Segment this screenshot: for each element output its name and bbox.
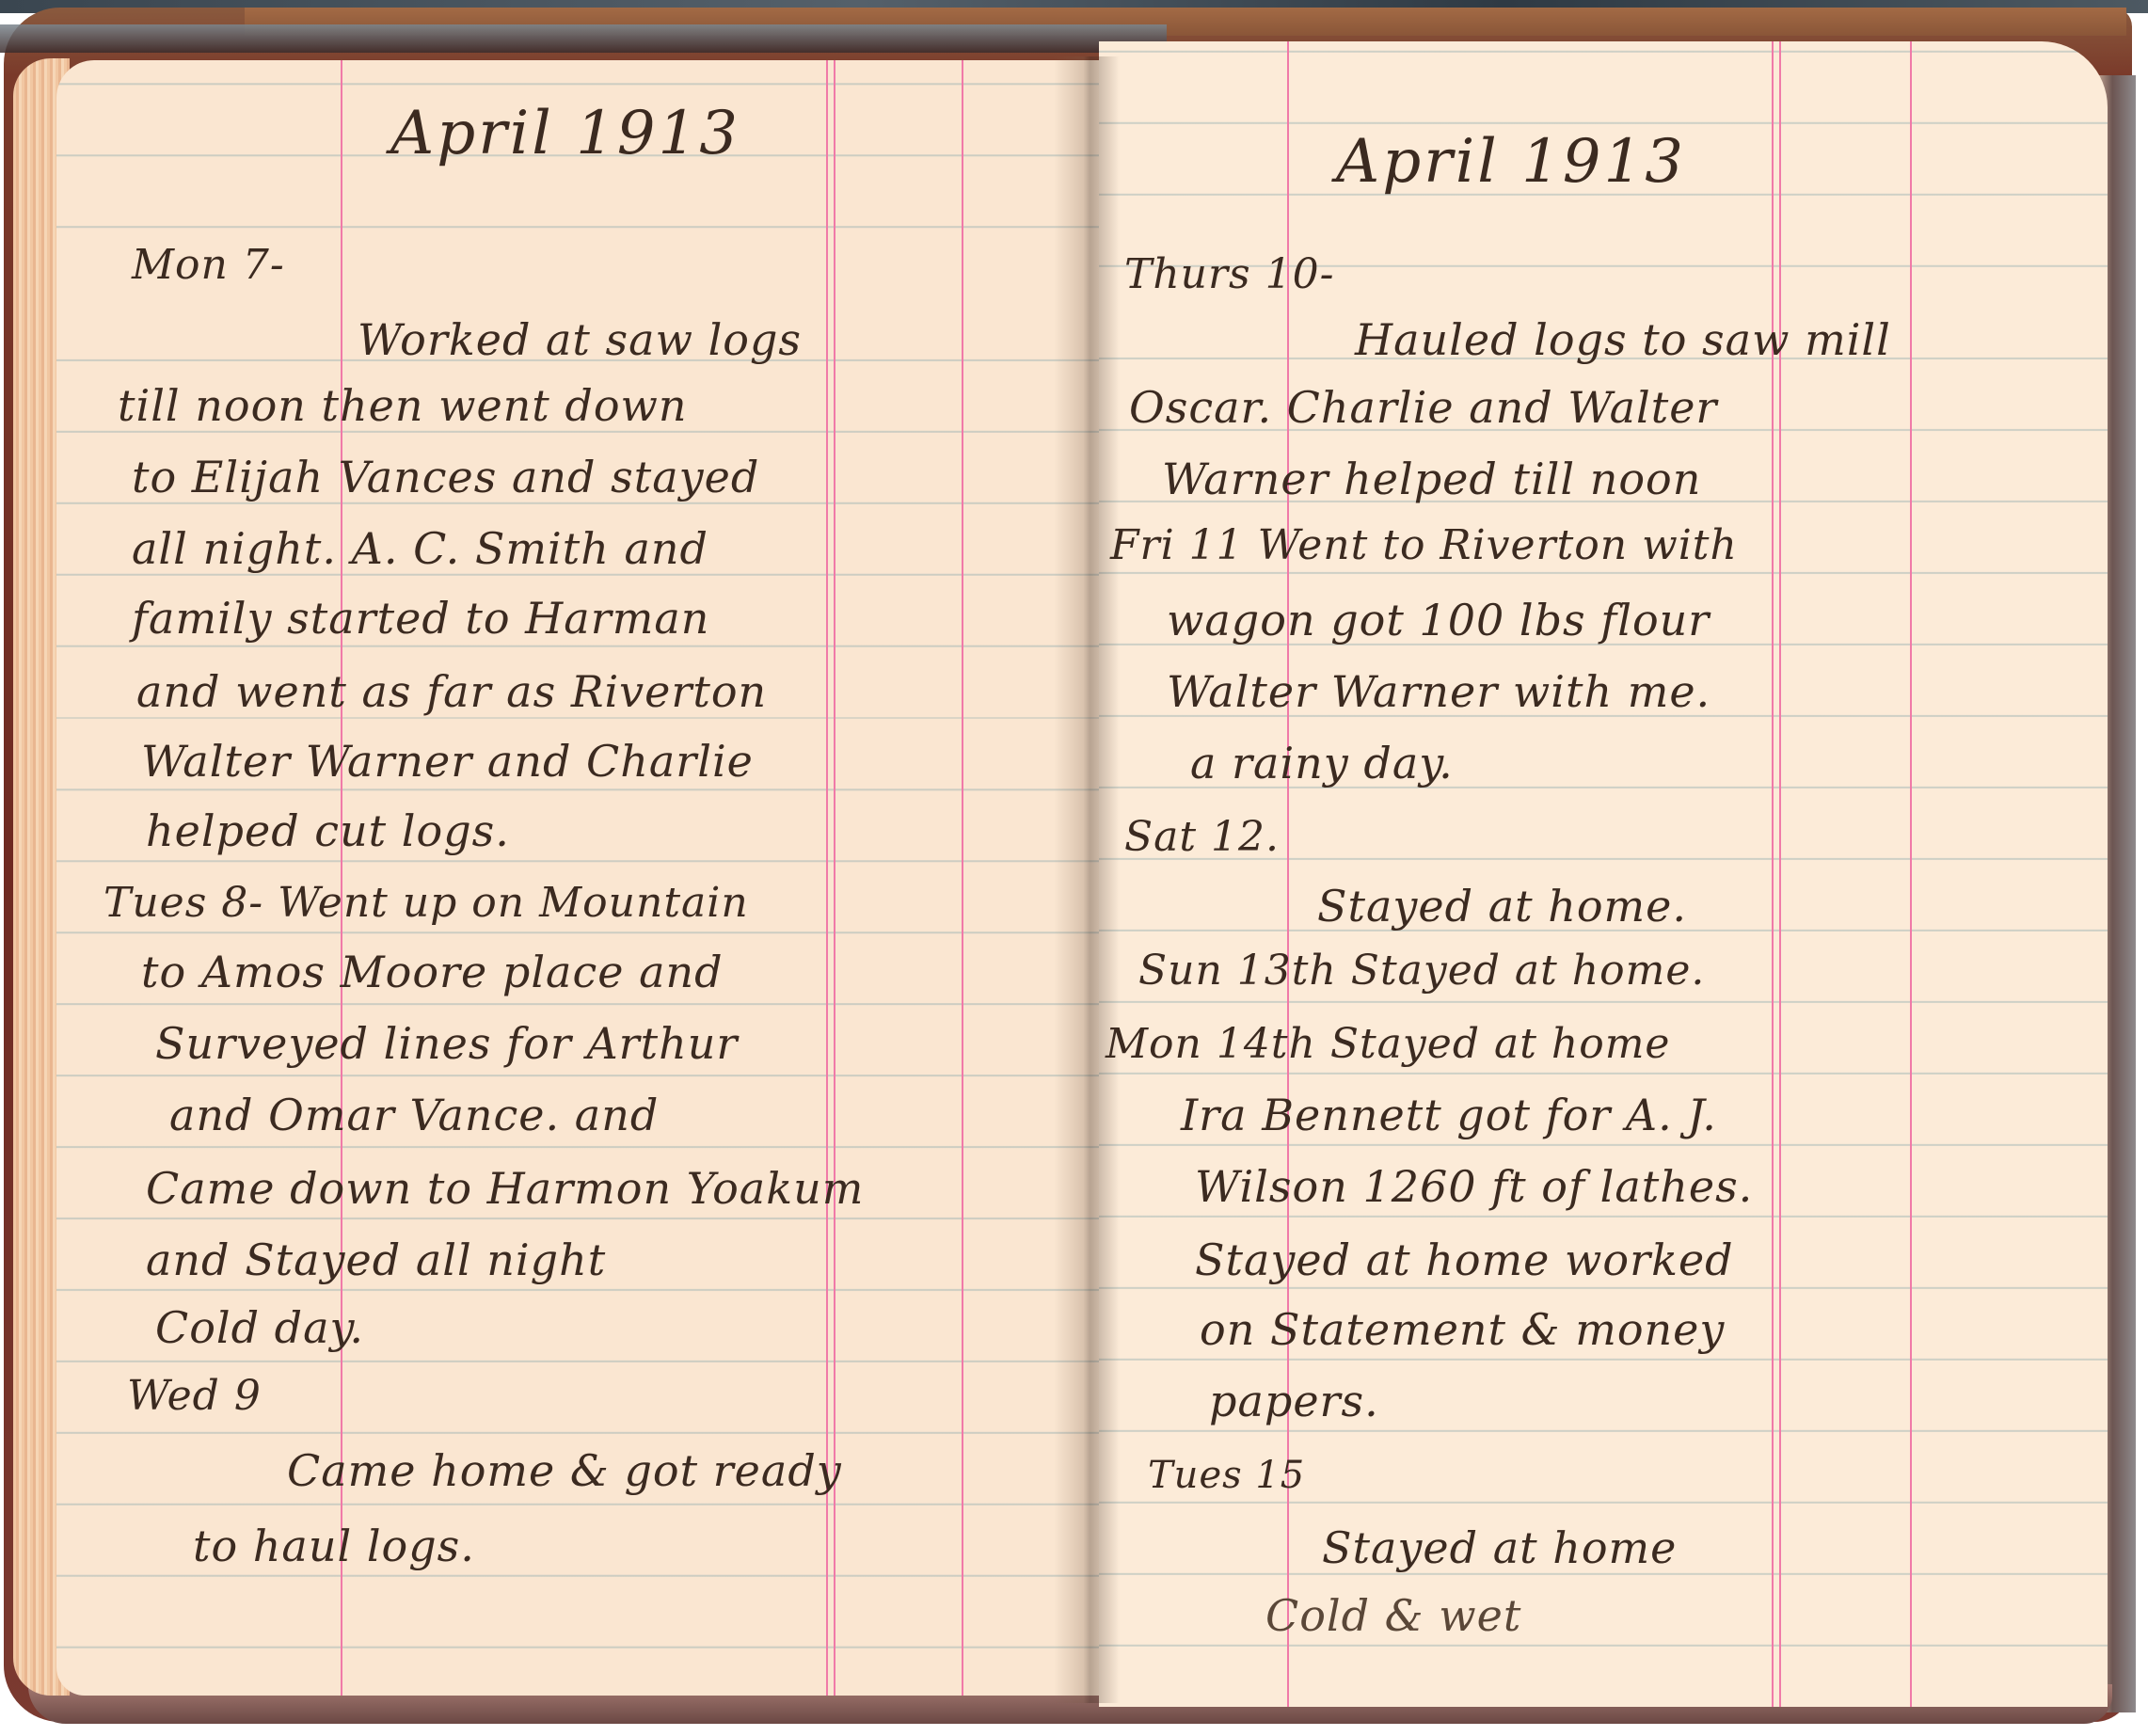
- left-column-rule-c: [962, 60, 963, 1696]
- entry-date: Tues 8- Went up on Mountain: [103, 883, 749, 924]
- book-gutter: [1054, 56, 1120, 1703]
- entry-line: a rainy day.: [1190, 741, 1454, 785]
- right-column-rule-b: [1779, 41, 1781, 1707]
- entry-line: to haul logs.: [193, 1524, 475, 1568]
- entry-date: Mon 7-: [132, 245, 285, 286]
- entry-line: family started to Harman: [132, 597, 709, 640]
- entry-line: Came home & got ready: [287, 1449, 842, 1492]
- entry-line: Worked at saw logs: [358, 318, 802, 361]
- entry-line: Cold & wet: [1265, 1594, 1521, 1637]
- cover-shadow: [0, 24, 1167, 53]
- entry-line: to Elijah Vances and stayed: [132, 455, 759, 499]
- entry-line: Stayed at home worked: [1195, 1238, 1734, 1282]
- entry-line: wagon got 100 lbs flour: [1167, 598, 1710, 642]
- entry-line: Walter Warner with me.: [1167, 670, 1710, 713]
- entry-line: and went as far as Riverton: [136, 670, 767, 713]
- entry-date: Tues 15: [1148, 1457, 1305, 1494]
- entry-line: papers.: [1209, 1379, 1379, 1423]
- entry-line: Warner helped till noon: [1162, 457, 1701, 501]
- entry-line: Stayed at home: [1322, 1526, 1677, 1569]
- entry-line: Hauled logs to saw mill: [1355, 318, 1891, 361]
- right-column-rule-a: [1772, 41, 1774, 1707]
- entry-line: till noon then went down: [118, 384, 688, 427]
- right-column-rule-c: [1910, 41, 1912, 1707]
- entry-line: and Omar Vance. and: [169, 1093, 659, 1137]
- right-page-header: April 1913: [1336, 132, 1686, 192]
- entry-date: Fri 11 Went to Riverton with: [1110, 525, 1738, 566]
- entry-line: Came down to Harmon Yoakum: [146, 1167, 864, 1210]
- entry-date: Sat 12.: [1124, 817, 1280, 858]
- entry-line: Ira Bennett got for A. J.: [1181, 1093, 1717, 1137]
- entry-line: Stayed at home.: [1317, 884, 1687, 928]
- entry-date: Thurs 10-: [1124, 254, 1334, 295]
- left-page-header: April 1913: [390, 104, 740, 164]
- entry-date: Sun 13th Stayed at home.: [1138, 950, 1705, 992]
- entry-line: Surveyed lines for Arthur: [155, 1022, 738, 1065]
- entry-line: helped cut logs.: [146, 809, 510, 852]
- entry-line: to Amos Moore place and: [141, 950, 724, 994]
- entry-date: Wed 9: [127, 1376, 262, 1417]
- entry-line: Cold day.: [155, 1306, 364, 1349]
- entry-line: on Statement & money: [1200, 1308, 1725, 1351]
- entry-line: all night. A. C. Smith and: [132, 527, 708, 570]
- entry-line: and Stayed all night: [146, 1238, 606, 1282]
- entry-line: Oscar. Charlie and Walter: [1129, 386, 1717, 429]
- entry-date: Mon 14th Stayed at home: [1106, 1024, 1670, 1065]
- entry-line: Walter Warner and Charlie: [141, 740, 754, 783]
- entry-line: Wilson 1260 ft of lathes.: [1195, 1165, 1753, 1208]
